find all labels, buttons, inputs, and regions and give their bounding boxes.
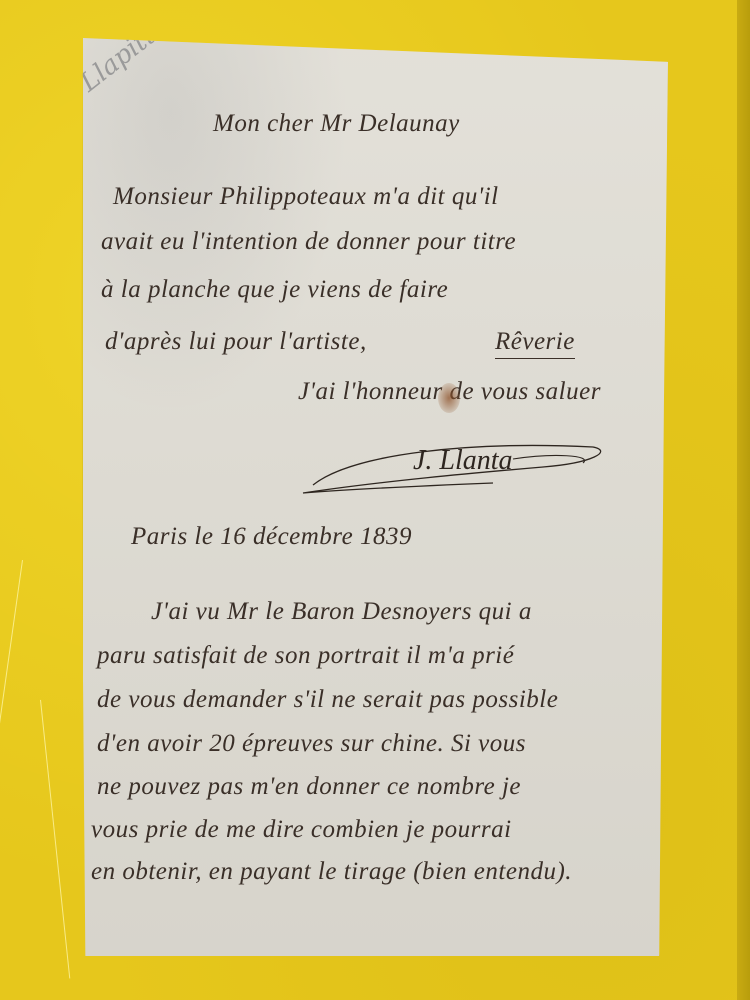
background-edge-strip: [737, 0, 750, 1000]
postscript-line: vous prie de me dire combien je pourrai: [91, 816, 512, 844]
body-line: Monsieur Philippoteaux m'a dit qu'il: [113, 183, 499, 211]
postscript-line: paru satisfait de son portrait il m'a pr…: [97, 642, 514, 670]
salutation: Mon cher Mr Delaunay: [213, 110, 460, 138]
postscript-line: J'ai vu Mr le Baron Desnoyers qui a: [151, 598, 532, 626]
background-crease: [0, 560, 23, 857]
background-crease: [40, 700, 70, 979]
date-line: Paris le 16 décembre 1839: [131, 523, 412, 551]
body-line: avait eu l'intention de donner pour titr…: [101, 228, 516, 256]
postscript-line: ne pouvez pas m'en donner ce nombre je: [97, 773, 521, 801]
ink-stain: [438, 383, 460, 413]
signature: J. Llanta: [293, 423, 613, 503]
postscript-line: de vous demander s'il ne serait pas poss…: [97, 686, 558, 714]
body-line: à la planche que je viens de faire: [101, 276, 448, 304]
postscript-line: en obtenir, en payant le tirage (bien en…: [91, 858, 572, 886]
body-line: d'après lui pour l'artiste,: [105, 328, 367, 356]
signature-name: J. Llanta: [413, 445, 513, 477]
title-word-reverie: Rêverie: [495, 328, 575, 359]
postscript-line: d'en avoir 20 épreuves sur chine. Si vou…: [97, 730, 526, 758]
pencil-annotation: Llapitta: [75, 11, 174, 98]
letter-paper: Llapitta Mon cher Mr Delaunay Monsieur P…: [83, 38, 668, 956]
